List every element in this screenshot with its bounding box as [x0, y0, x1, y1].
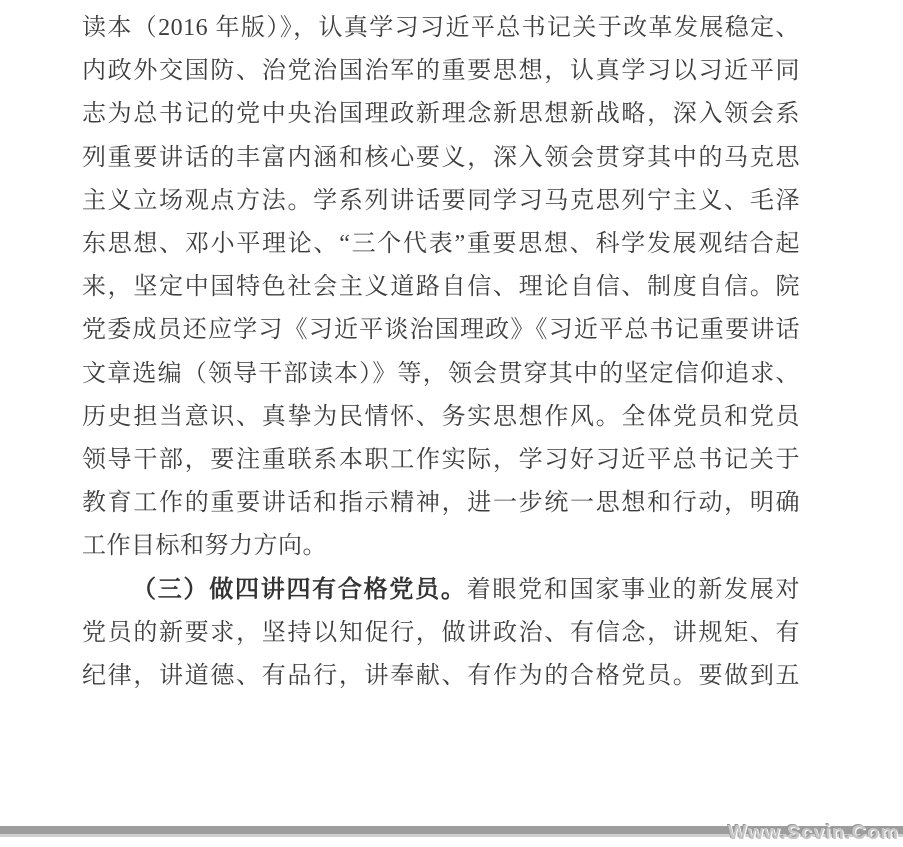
paragraph-three-first-line-rest: 着眼党和国家事业的新发展对 — [467, 577, 800, 603]
text-line: 内政外交国防、治党治国治军的重要思想，认真学习以习近平同 — [82, 50, 800, 93]
text-line: 领导干部，要注重联系本职工作实际，学习好习近平总书记关于 — [82, 439, 800, 482]
paragraph-continuation: 读本（2016 年版）》，认真学习习近平总书记关于改革发展稳定、 内政外交国防、… — [82, 7, 800, 569]
document-page: 读本（2016 年版）》，认真学习习近平总书记关于改革发展稳定、 内政外交国防、… — [0, 0, 903, 847]
text-line: 志为总书记的党中央治国理政新理念新思想新战略，深入领会系 — [82, 93, 800, 136]
paragraph-three-heading: （三）做四讲四有合格党员。 — [132, 577, 467, 603]
paragraph-three: （三）做四讲四有合格党员。着眼党和国家事业的新发展对 党员的新要求，坚持以知促行… — [82, 569, 800, 699]
watermark-text: Www.Scvin.Com — [728, 822, 899, 845]
text-line: 纪律，讲道德、有品行，讲奉献、有作为的合格党员。要做到五 — [82, 655, 800, 698]
text-line: 党委成员还应学习《习近平谈治国理政》《习近平总书记重要讲话 — [82, 309, 800, 352]
text-line: （三）做四讲四有合格党员。着眼党和国家事业的新发展对 — [82, 569, 800, 612]
text-line: 文章选编（领导干部读本）》等，领会贯穿其中的坚定信仰追求、 — [82, 353, 800, 396]
text-line: 主义立场观点方法。学系列讲话要同学习马克思列宁主义、毛泽 — [82, 180, 800, 223]
text-line: 读本（2016 年版）》，认真学习习近平总书记关于改革发展稳定、 — [82, 7, 800, 50]
text-line: 东思想、邓小平理论、“三个代表”重要思想、科学发展观结合起 — [82, 223, 800, 266]
document-text-block: 读本（2016 年版）》，认真学习习近平总书记关于改革发展稳定、 内政外交国防、… — [82, 7, 800, 698]
text-line: 党员的新要求，坚持以知促行，做讲政治、有信念，讲规矩、有 — [82, 612, 800, 655]
text-line: 历史担当意识、真挚为民情怀、务实思想作风。全体党员和党员 — [82, 396, 800, 439]
text-line: 列重要讲话的丰富内涵和核心要义，深入领会贯穿其中的马克思 — [82, 137, 800, 180]
text-line: 教育工作的重要讲话和指示精神，进一步统一思想和行动，明确 — [82, 482, 800, 525]
text-line: 来，坚定中国特色社会主义道路自信、理论自信、制度自信。院 — [82, 266, 800, 309]
text-line: 工作目标和努力方向。 — [82, 525, 800, 568]
